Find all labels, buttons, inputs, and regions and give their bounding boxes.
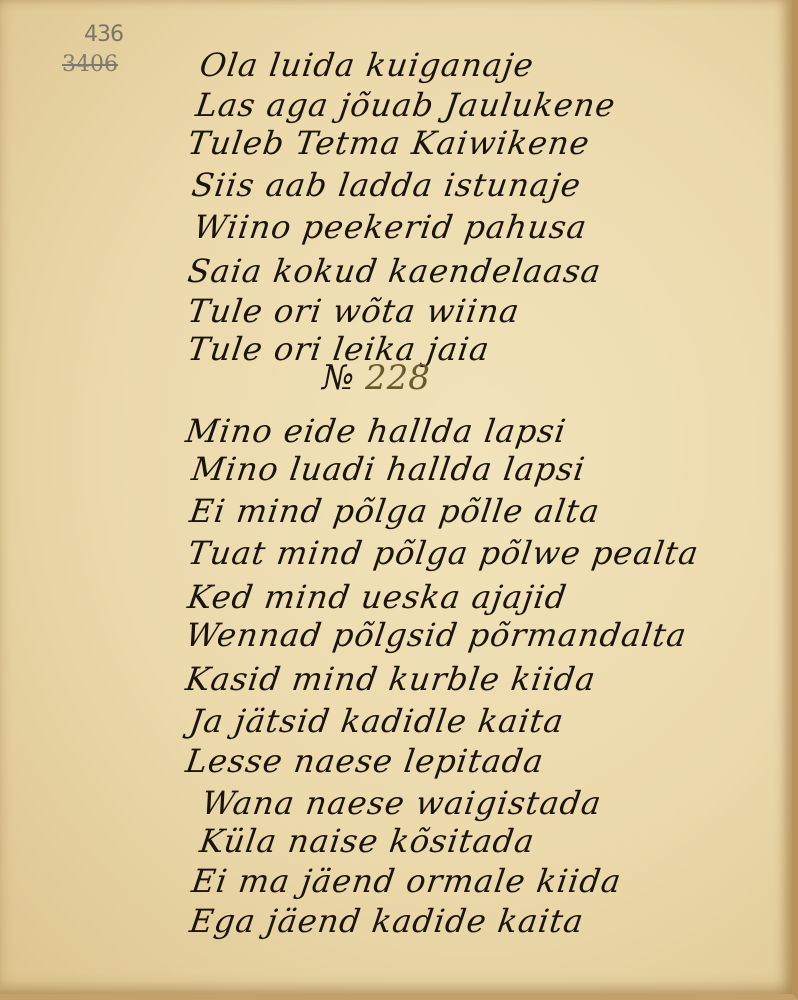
song-number-label: № [322, 358, 354, 398]
verse-line: Ei ma jäend ormale kiida [189, 862, 624, 900]
song-number: № 228 [322, 358, 430, 398]
verse-line: Saia kokud kaendelaasa [185, 252, 603, 290]
verse-line: Ja jätsid kadidle kaita [187, 702, 566, 740]
verse-line: Lesse naese lepitada [183, 742, 546, 780]
verse-line: Tuat mind põlga põlwe pealta [185, 534, 701, 572]
verse-line: Kasid mind kurble kiida [183, 660, 598, 698]
verse-line: Mino eide hallda lapsi [183, 412, 568, 450]
verse-line: Tuleb Tetma Kaiwikene [185, 124, 592, 162]
verse-line: Tule ori wõta wiina [185, 292, 522, 330]
verse-line: Wiino peekerid pahusa [191, 208, 589, 246]
verse-line: Küla naise kõsitada [197, 822, 537, 860]
verse-line: Wana naese waigistada [199, 784, 604, 822]
verse-line: Las aga jõuab Jaulukene [193, 86, 618, 124]
verse-line: Ega jäend kadide kaita [187, 902, 586, 940]
verse-line: Wennad põlgsid põrmandalta [183, 616, 689, 654]
verse-line: Ola luida kuiganaje [197, 46, 536, 84]
verse-line: Ei mind põlga põlle alta [187, 492, 602, 530]
archive-number-old-struck: 3406 [62, 52, 118, 77]
verse-line: Siis aab ladda istunaje [189, 166, 583, 204]
verse-line: Mino luadi hallda lapsi [189, 450, 588, 488]
verse-line: Ked mind ueska ajajid [185, 578, 569, 616]
song-number-value: 228 [365, 358, 430, 398]
manuscript-page: 436 3406 Ola luida kuiganaje Las aga jõu… [0, 0, 798, 1000]
archive-number: 436 [84, 22, 123, 47]
